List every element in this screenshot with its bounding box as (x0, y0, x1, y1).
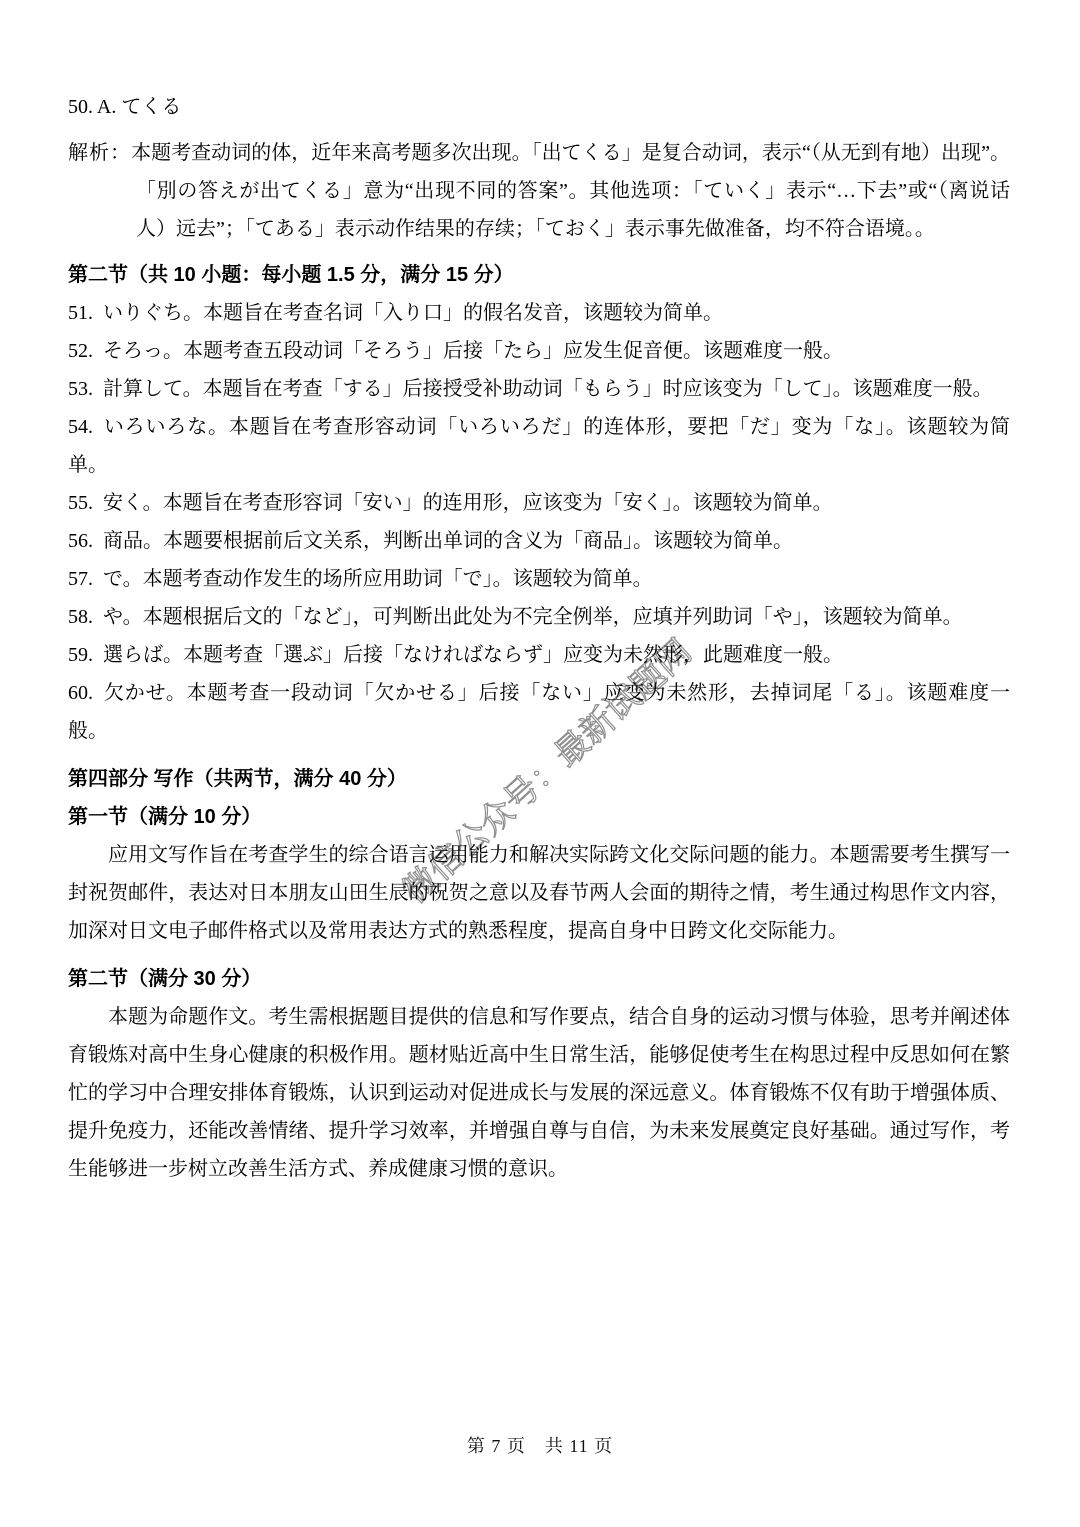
section2-heading: 第二节（共 10 小题：每小题 1.5 分，满分 15 分） (68, 256, 1010, 294)
item-number: 55. (68, 492, 93, 514)
item-text: や。本题根据后文的「など」，可判断出此处为不完全例举，应填并列助词「や」，该题较… (103, 606, 963, 628)
item-number: 51. (68, 302, 93, 324)
analysis-paragraph-50: 解析：本题考查动词的体，近年来高考题多次出现。「出てくる」是复合动词，表示“（从… (68, 134, 1010, 248)
item-text: 欠かせ。本题考查一段动词「欠かせる」后接「ない」应变为未然形，去掉词尾「る」。该… (68, 682, 1010, 742)
explanation-item-56: 56.商品。本题要根据前后文关系，判断出单词的含义为「商品」。该题较为简单。 (68, 522, 1010, 560)
part4-section2-heading: 第二节（满分 30 分） (68, 960, 1010, 998)
analysis-label: 解析： (68, 142, 131, 164)
item-text: 計算して。本题旨在考查「する」后接授受补助动词「もらう」时应该变为「して」。该题… (103, 378, 993, 400)
part4-section1-paragraph: 应用文写作旨在考查学生的综合语言运用能力和解决实际跨文化交际问题的能力。本题需要… (68, 836, 1010, 950)
explanation-item-53: 53.計算して。本题旨在考查「する」后接授受补助动词「もらう」时应该变为「して」… (68, 370, 1010, 408)
item-number: 57. (68, 568, 93, 590)
item-text: 安く。本题旨在考查形容词「安い」的连用形，应该变为「安く」。该题较为简单。 (103, 492, 833, 514)
explanation-item-60: 60.欠かせ。本题考查一段动词「欠かせる」后接「ない」应变为未然形，去掉词尾「る… (68, 674, 1010, 750)
item-number: 58. (68, 606, 93, 628)
page-footer: 第 7 页 共 11 页 (0, 1432, 1080, 1458)
item-number: 60. (68, 682, 93, 704)
analysis-text: 本题考查动词的体，近年来高考题多次出现。「出てくる」是复合动词，表示“（从无到有… (131, 142, 1010, 240)
part4-heading: 第四部分 写作（共两节，满分 40 分） (68, 760, 1010, 798)
explanation-item-52: 52.そろっ。本题考查五段动词「そろう」后接「たら」应发生促音便。该题难度一般。 (68, 332, 1010, 370)
item-number: 54. (68, 416, 93, 438)
item-number: 53. (68, 378, 93, 400)
item-text: そろっ。本题考查五段动词「そろう」后接「たら」应发生促音便。该题难度一般。 (103, 340, 843, 362)
explanation-item-57: 57.で。本题考查动作发生的场所应用助词「で」。该题较为简单。 (68, 560, 1010, 598)
item-number: 59. (68, 644, 93, 666)
explanation-item-55: 55.安く。本题旨在考查形容词「安い」的连用形，应该变为「安く」。该题较为简单。 (68, 484, 1010, 522)
document-page: 微信公众号：最新试题网 50. A. てくる 解析：本题考查动词的体，近年来高考… (0, 0, 1080, 1527)
explanation-item-58: 58.や。本题根据后文的「など」，可判断出此处为不完全例举，应填并列助词「や」，… (68, 598, 1010, 636)
page-content: 50. A. てくる 解析：本题考查动词的体，近年来高考题多次出现。「出てくる」… (68, 88, 1010, 1188)
explanation-item-59: 59.選らば。本题考查「選ぶ」后接「なければならず」应变为未然形，此题难度一般。 (68, 636, 1010, 674)
item-number: 56. (68, 530, 93, 552)
item-text: いりぐち。本题旨在考查名词「入り口」的假名发音，该题较为简单。 (103, 302, 723, 324)
part4-section1-heading: 第一节（满分 10 分） (68, 798, 1010, 836)
item-number: 52. (68, 340, 93, 362)
item-text: で。本题考查动作发生的场所应用助词「で」。该题较为简单。 (103, 568, 653, 590)
explanation-item-54: 54.いろいろな。本题旨在考查形容动词「いろいろだ」的连体形，要把「だ」变为「な… (68, 408, 1010, 484)
explanation-item-51: 51.いりぐち。本题旨在考查名词「入り口」的假名发音，该题较为简单。 (68, 294, 1010, 332)
item-text: 選らば。本题考查「選ぶ」后接「なければならず」应变为未然形，此题难度一般。 (103, 644, 843, 666)
part4-section2-paragraph: 本题为命题作文。考生需根据题目提供的信息和写作要点，结合自身的运动习惯与体验，思… (68, 998, 1010, 1188)
answer-line-50: 50. A. てくる (68, 88, 1010, 126)
item-text: 商品。本题要根据前后文关系，判断出单词的含义为「商品」。该题较为简单。 (103, 530, 793, 552)
item-text: いろいろな。本题旨在考查形容动词「いろいろだ」的连体形，要把「だ」变为「な」。该… (68, 416, 1010, 476)
